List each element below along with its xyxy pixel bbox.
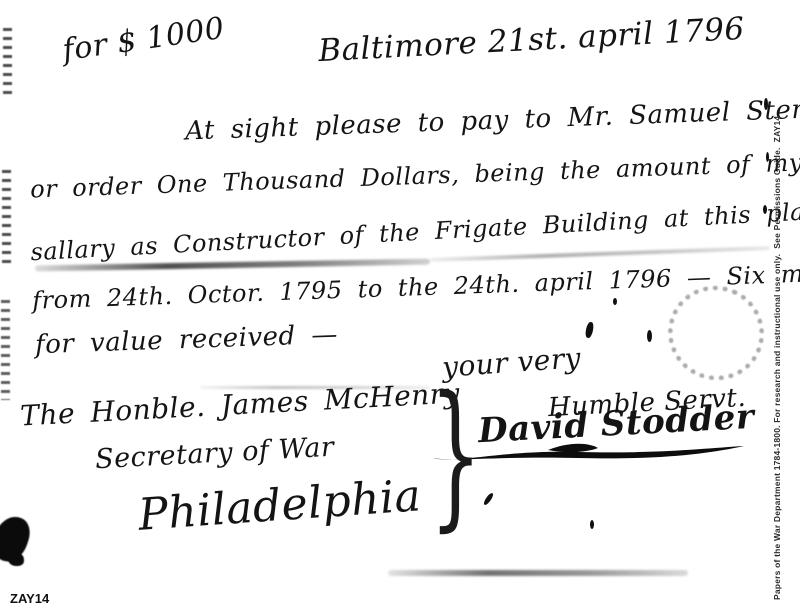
scan-edge-flecks — [2, 170, 11, 265]
body-line: At sight please to pay to Mr. Samuel Ste… — [185, 94, 800, 147]
smudge-line — [430, 246, 770, 262]
ink-speck — [647, 330, 652, 342]
ink-speck — [482, 492, 494, 506]
smudge-line — [388, 570, 688, 576]
ink-speck — [613, 298, 617, 305]
address-line: Philadelphia — [137, 470, 423, 541]
address-line: Secretary of War — [94, 432, 335, 475]
ink-speck — [584, 321, 594, 338]
amount-line: for $ 1000 — [60, 11, 226, 68]
catalog-label: ZAY14 — [10, 591, 49, 606]
address-line: The Honble. James McHenry — [19, 377, 460, 433]
ink-blob — [8, 552, 24, 566]
ink-speck — [590, 520, 594, 529]
body-line: or order One Thousand Dollars, being the… — [30, 149, 800, 204]
scanned-document-page: for $ 1000 Baltimore 21st. april 1796 At… — [0, 0, 800, 614]
archival-margin-note: Papers of the War Department 1784-1800. … — [772, 0, 782, 614]
address-brace: } — [429, 364, 481, 547]
dateline: Baltimore 21st. april 1796 — [317, 11, 745, 69]
scan-edge-flecks — [3, 28, 12, 98]
scan-edge-flecks — [1, 300, 10, 400]
body-line: sallary as Constructor of the Frigate Bu… — [30, 196, 800, 266]
body-line: for value received — — [35, 320, 339, 361]
